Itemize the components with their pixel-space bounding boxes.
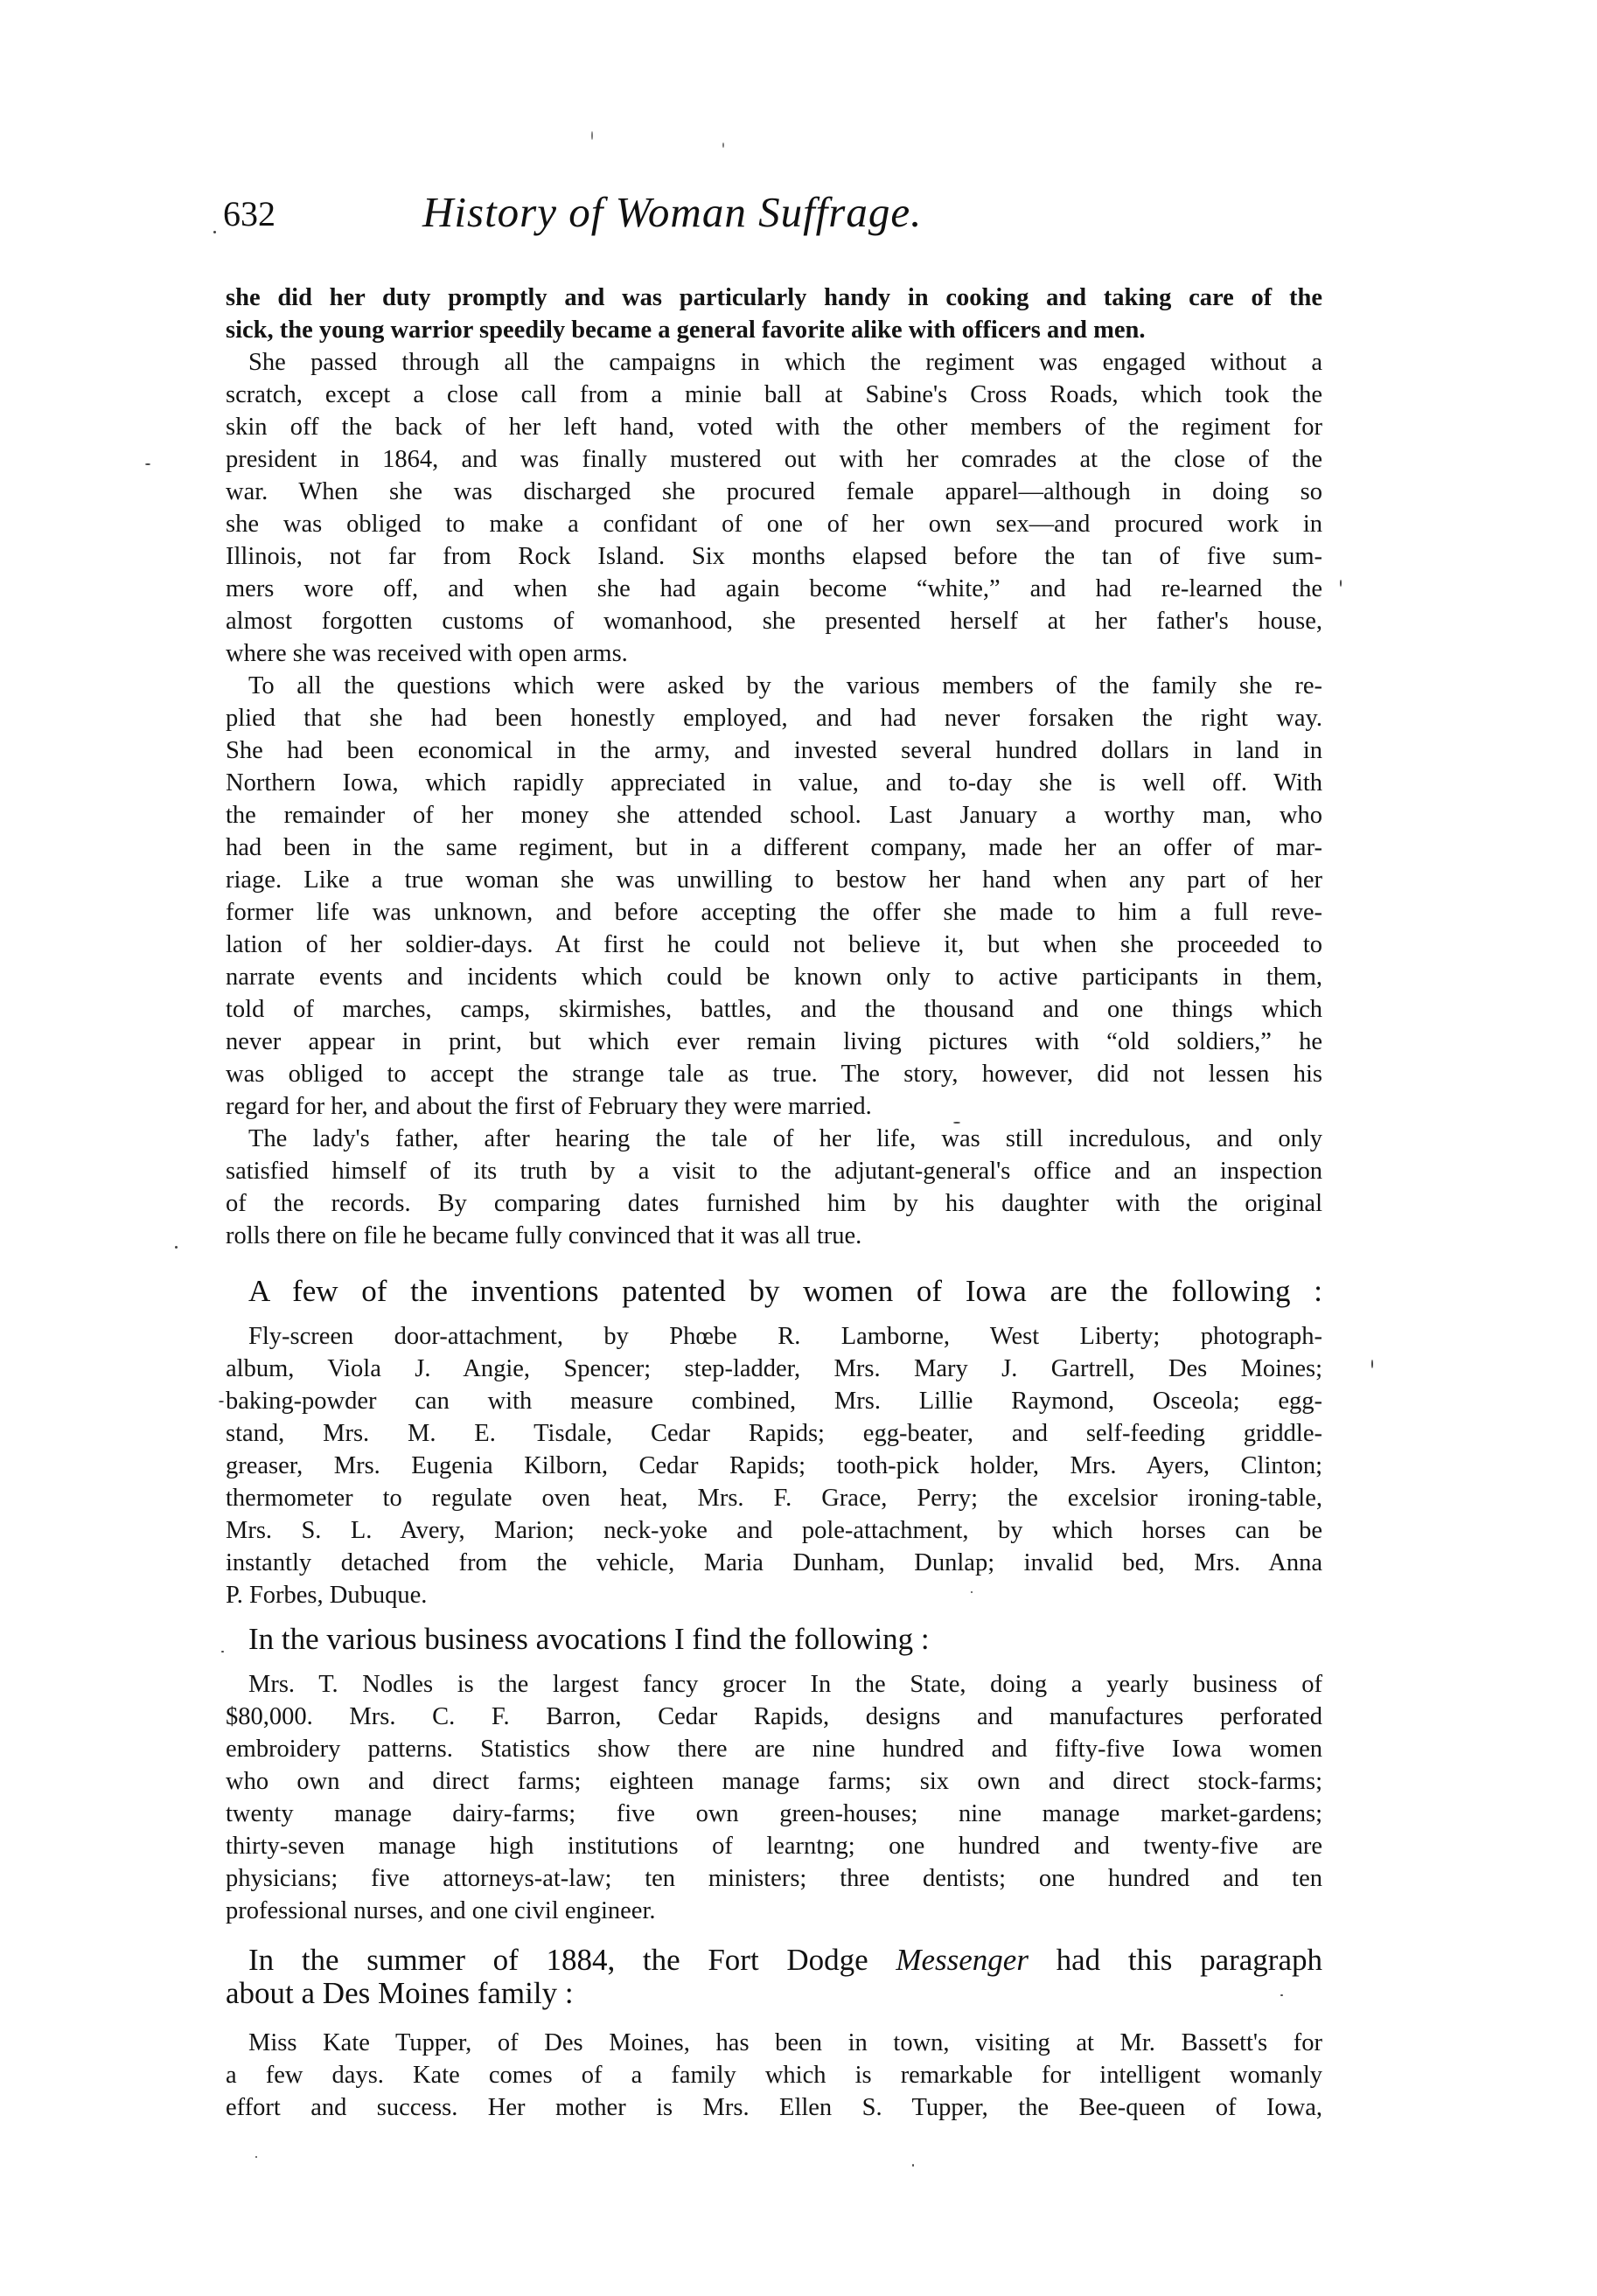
text-line: thermometer to regulate oven heat, Mrs. … bbox=[226, 1482, 1322, 1514]
text-line: regard for her, and about the first of F… bbox=[226, 1090, 1322, 1123]
newspaper-name: Messenger bbox=[896, 1943, 1029, 1977]
scan-artifact bbox=[255, 2156, 257, 2158]
text-line: She had been economical in the army, and… bbox=[226, 734, 1322, 767]
page-number: 632 bbox=[223, 190, 275, 239]
book-page: 632 History of Woman Suffrage. she did h… bbox=[0, 0, 1597, 2296]
text-line: never appear in print, but which ever re… bbox=[226, 1026, 1322, 1058]
text-line: war. When she was discharged she procure… bbox=[226, 476, 1322, 508]
text-line: president in 1864, and was finally muste… bbox=[226, 443, 1322, 476]
text-line: a few days. Kate comes of a family which… bbox=[226, 2059, 1322, 2091]
text-line: Illinois, not far from Rock Island. Six … bbox=[226, 540, 1322, 573]
text-line: she did her duty promptly and was partic… bbox=[226, 282, 1322, 314]
text-line: was obliged to accept the strange tale a… bbox=[226, 1058, 1322, 1090]
scan-artifact bbox=[219, 1401, 224, 1402]
heading-text: had this paragraph bbox=[1029, 1943, 1322, 1977]
text-line: lation of her soldier-days. At first he … bbox=[226, 929, 1322, 961]
text-line: the remainder of her money she attended … bbox=[226, 799, 1322, 831]
text-line: mers wore off, and when she had again be… bbox=[226, 573, 1322, 605]
text-line: sick, the young warrior speedily became … bbox=[226, 314, 1322, 346]
text-line: almost forgotten customs of womanhood, s… bbox=[226, 605, 1322, 637]
running-title: History of Woman Suffrage. bbox=[422, 188, 922, 237]
text-line: effort and success. Her mother is Mrs. E… bbox=[226, 2091, 1322, 2124]
text-line: plied that she had been honestly employe… bbox=[226, 702, 1322, 734]
scan-artifact bbox=[213, 231, 216, 233]
text-line: Northern Iowa, which rapidly appreciated… bbox=[226, 767, 1322, 799]
text-line: physicians; five attorneys-at-law; ten m… bbox=[226, 1862, 1322, 1895]
text-line: stand, Mrs. M. E. Tisdale, Cedar Rapids;… bbox=[226, 1417, 1322, 1450]
text-line: had been in the same regiment, but in a … bbox=[226, 831, 1322, 864]
text-line: who own and direct farms; eighteen manag… bbox=[226, 1765, 1322, 1798]
text-line: skin off the back of her left hand, vote… bbox=[226, 411, 1322, 443]
text-line: of the records. By comparing dates furni… bbox=[226, 1187, 1322, 1220]
text-line: where she was received with open arms. bbox=[226, 637, 1322, 670]
text-line: thirty-seven manage high institutions of… bbox=[226, 1830, 1322, 1862]
text-line: former life was unknown, and before acce… bbox=[226, 896, 1322, 929]
scan-artifact bbox=[175, 1246, 178, 1249]
text-line: told of marches, camps, skirmishes, batt… bbox=[226, 993, 1322, 1026]
text-line: The lady's father, after hearing the tal… bbox=[248, 1123, 1322, 1155]
text-line: instantly detached from the vehicle, Mar… bbox=[226, 1547, 1322, 1579]
text-line: twenty manage dairy-farms; five own gree… bbox=[226, 1798, 1322, 1830]
scan-artifact bbox=[1340, 580, 1342, 587]
scan-artifact bbox=[221, 1651, 224, 1652]
text-line: embroidery patterns. Statistics show the… bbox=[226, 1733, 1322, 1765]
section-heading-business: In the various business avocations I fin… bbox=[248, 1620, 1322, 1659]
text-line: album, Viola J. Angie, Spencer; step-lad… bbox=[226, 1353, 1322, 1385]
scan-artifact bbox=[145, 463, 150, 465]
text-line: greaser, Mrs. Eugenia Kilborn, Cedar Rap… bbox=[226, 1450, 1322, 1482]
running-head: 632 History of Woman Suffrage. bbox=[223, 188, 1325, 240]
section-heading-messenger-cont: about a Des Moines family : bbox=[226, 1974, 1322, 2013]
scan-artifact bbox=[1371, 1360, 1373, 1368]
text-line: $80,000. Mrs. C. F. Barron, Cedar Rapids… bbox=[226, 1701, 1322, 1733]
text-line: riage. Like a true woman she was unwilli… bbox=[226, 864, 1322, 896]
text-line: professional nurses, and one civil engin… bbox=[226, 1895, 1322, 1927]
text-line: scratch, except a close call from a mini… bbox=[226, 379, 1322, 411]
text-line: satisfied himself of its truth by a visi… bbox=[226, 1155, 1322, 1187]
scan-artifact bbox=[722, 143, 724, 148]
text-line: baking-powder can with measure combined,… bbox=[226, 1385, 1322, 1417]
text-line: Mrs. T. Nodles is the largest fancy groc… bbox=[248, 1668, 1322, 1701]
text-line: She passed through all the campaigns in … bbox=[248, 346, 1322, 379]
text-line: Fly-screen door-attachment, by Phœbe R. … bbox=[248, 1320, 1322, 1353]
section-heading-inventions: A few of the inventions patented by wome… bbox=[248, 1272, 1322, 1311]
heading-text: In the summer of 1884, the Fort Dodge bbox=[248, 1943, 896, 1977]
scan-artifact bbox=[971, 1591, 973, 1593]
text-line: P. Forbes, Dubuque. bbox=[226, 1579, 1322, 1611]
scan-artifact bbox=[1280, 1994, 1283, 1996]
text-line: narrate events and incidents which could… bbox=[226, 961, 1322, 993]
scan-artifact bbox=[591, 131, 593, 140]
text-line: Miss Kate Tupper, of Des Moines, has bee… bbox=[248, 2027, 1322, 2059]
scan-artifact bbox=[1093, 393, 1095, 395]
text-line: rolls there on file he became fully conv… bbox=[226, 1220, 1322, 1252]
text-line: Mrs. S. L. Avery, Marion; neck-yoke and … bbox=[226, 1514, 1322, 1547]
text-line: she was obliged to make a confidant of o… bbox=[226, 508, 1322, 540]
text-line: To all the questions which were asked by… bbox=[248, 670, 1322, 702]
scan-artifact bbox=[953, 1122, 960, 1124]
scan-artifact bbox=[912, 2164, 914, 2167]
